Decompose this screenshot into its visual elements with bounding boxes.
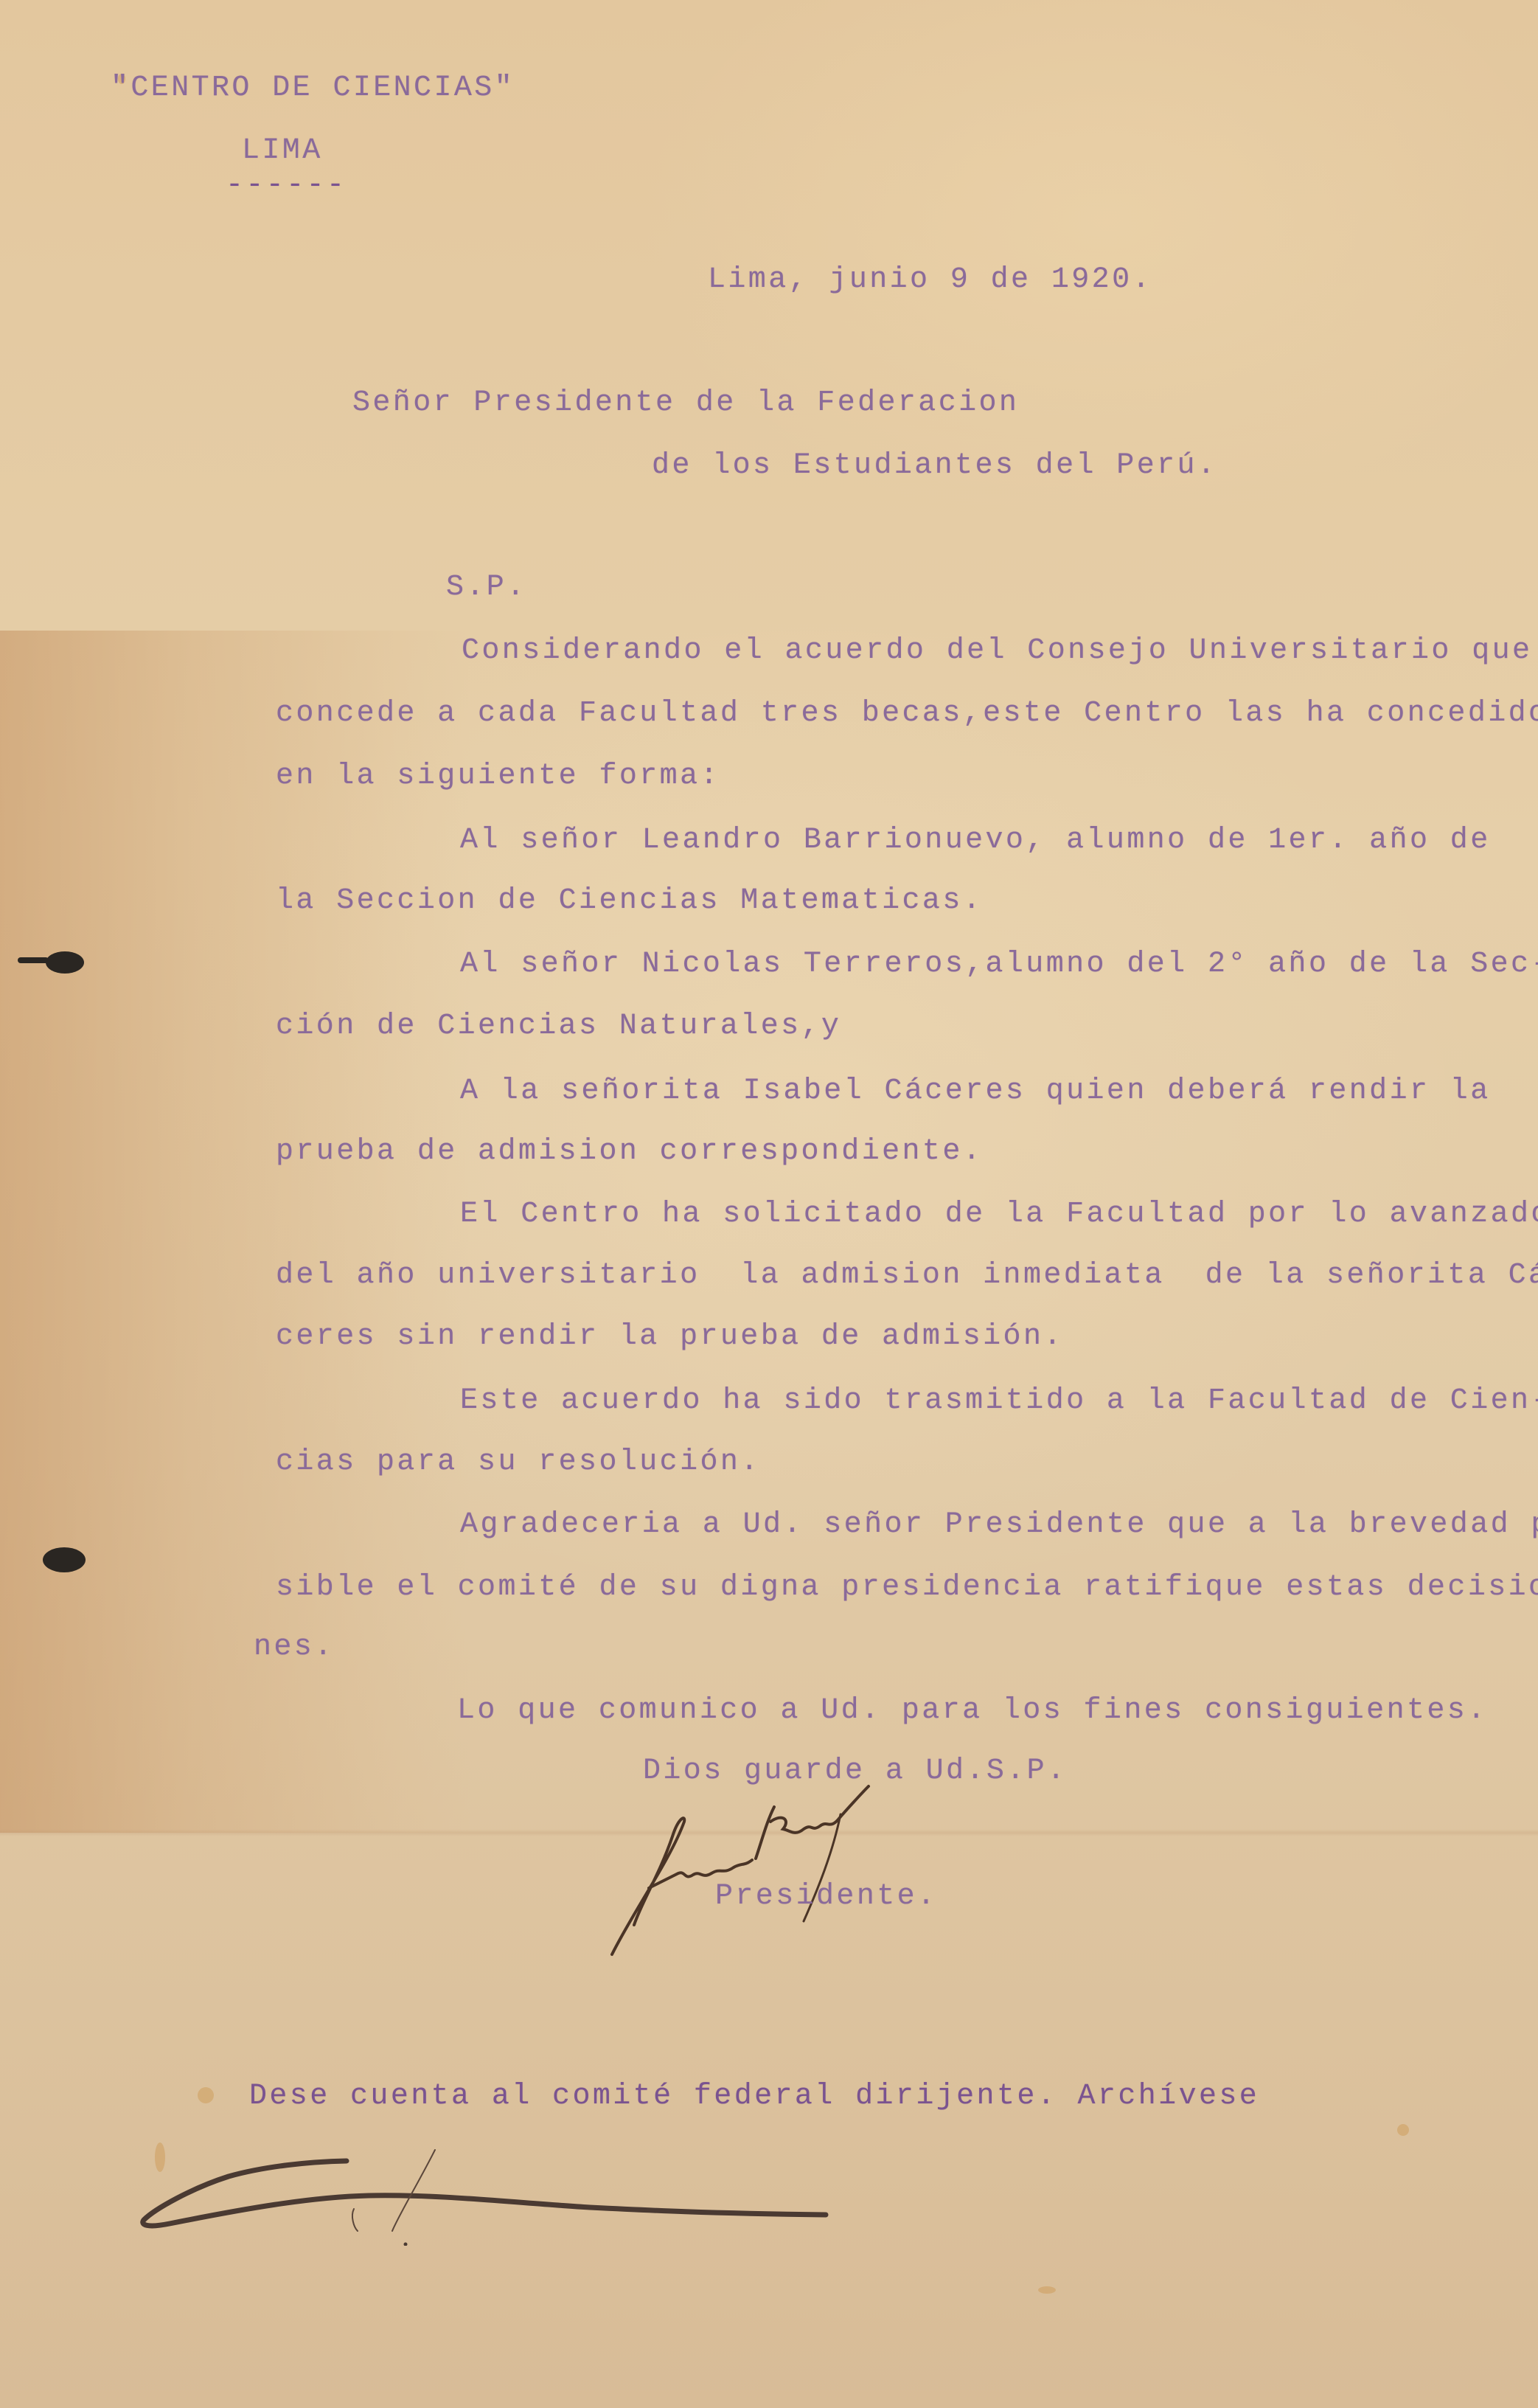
body-line: El Centro ha solicitado de la Facultad p…	[460, 1200, 1538, 1229]
body-line: Este acuerdo ha sido trasmitido a la Fac…	[460, 1387, 1538, 1416]
letterhead-rule: ------	[226, 171, 347, 201]
foxing-spot	[1038, 2286, 1056, 2294]
water-stain	[0, 631, 472, 1833]
body-line: Lo que comunico a Ud. para los fines con…	[457, 1696, 1488, 1726]
addressee-line-2: de los Estudiantes del Perú.	[652, 451, 1217, 481]
punch-hole-upper	[46, 951, 84, 974]
body-line: nes.	[254, 1633, 335, 1662]
date-line: Lima, junio 9 de 1920.	[708, 266, 1152, 295]
body-line: Al señor Leandro Barrionuevo, alumno de …	[460, 826, 1491, 856]
letterhead-organization: "CENTRO DE CIENCIAS"	[111, 74, 515, 103]
salutation: S.P.	[446, 573, 527, 603]
punch-hole-lower	[43, 1547, 86, 1572]
body-line: Al señor Nicolas Terreros,alumno del 2° …	[460, 950, 1538, 979]
body-line: Agradeceria a Ud. señor Presidente que a…	[460, 1510, 1538, 1540]
archive-annotation: Dese cuenta al comité federal dirijente.…	[249, 2082, 1259, 2112]
foxing-spot	[198, 2087, 214, 2103]
initials-flourish-icon	[133, 2135, 855, 2246]
addressee-line-1: Señor Presidente de la Federacion	[352, 389, 1019, 418]
body-line: ceres sin rendir la prueba de admisión.	[276, 1322, 1064, 1352]
body-line: A la señorita Isabel Cáceres quien deber…	[460, 1077, 1491, 1106]
signature-title: Presidente.	[715, 1882, 937, 1912]
body-line: concede a cada Facultad tres becas,este …	[276, 699, 1538, 729]
letterhead-city: LIMA	[242, 136, 323, 166]
body-line: la Seccion de Ciencias Matematicas.	[276, 886, 983, 916]
signature-icon	[590, 1777, 1032, 1969]
body-line: cias para su resolución.	[276, 1448, 761, 1477]
body-line: prueba de admision correspondiente.	[276, 1137, 983, 1167]
body-line: sible el comité de su digna presidencia …	[276, 1573, 1538, 1603]
body-line: Considerando el acuerdo del Consejo Univ…	[462, 636, 1532, 666]
foxing-spot	[1397, 2124, 1409, 2136]
punch-hole-tear	[18, 957, 49, 963]
body-line: del año universitario la admision inmedi…	[276, 1261, 1538, 1291]
body-line: en la siguiente forma:	[276, 762, 720, 791]
body-line: ción de Ciencias Naturales,y	[276, 1012, 841, 1041]
